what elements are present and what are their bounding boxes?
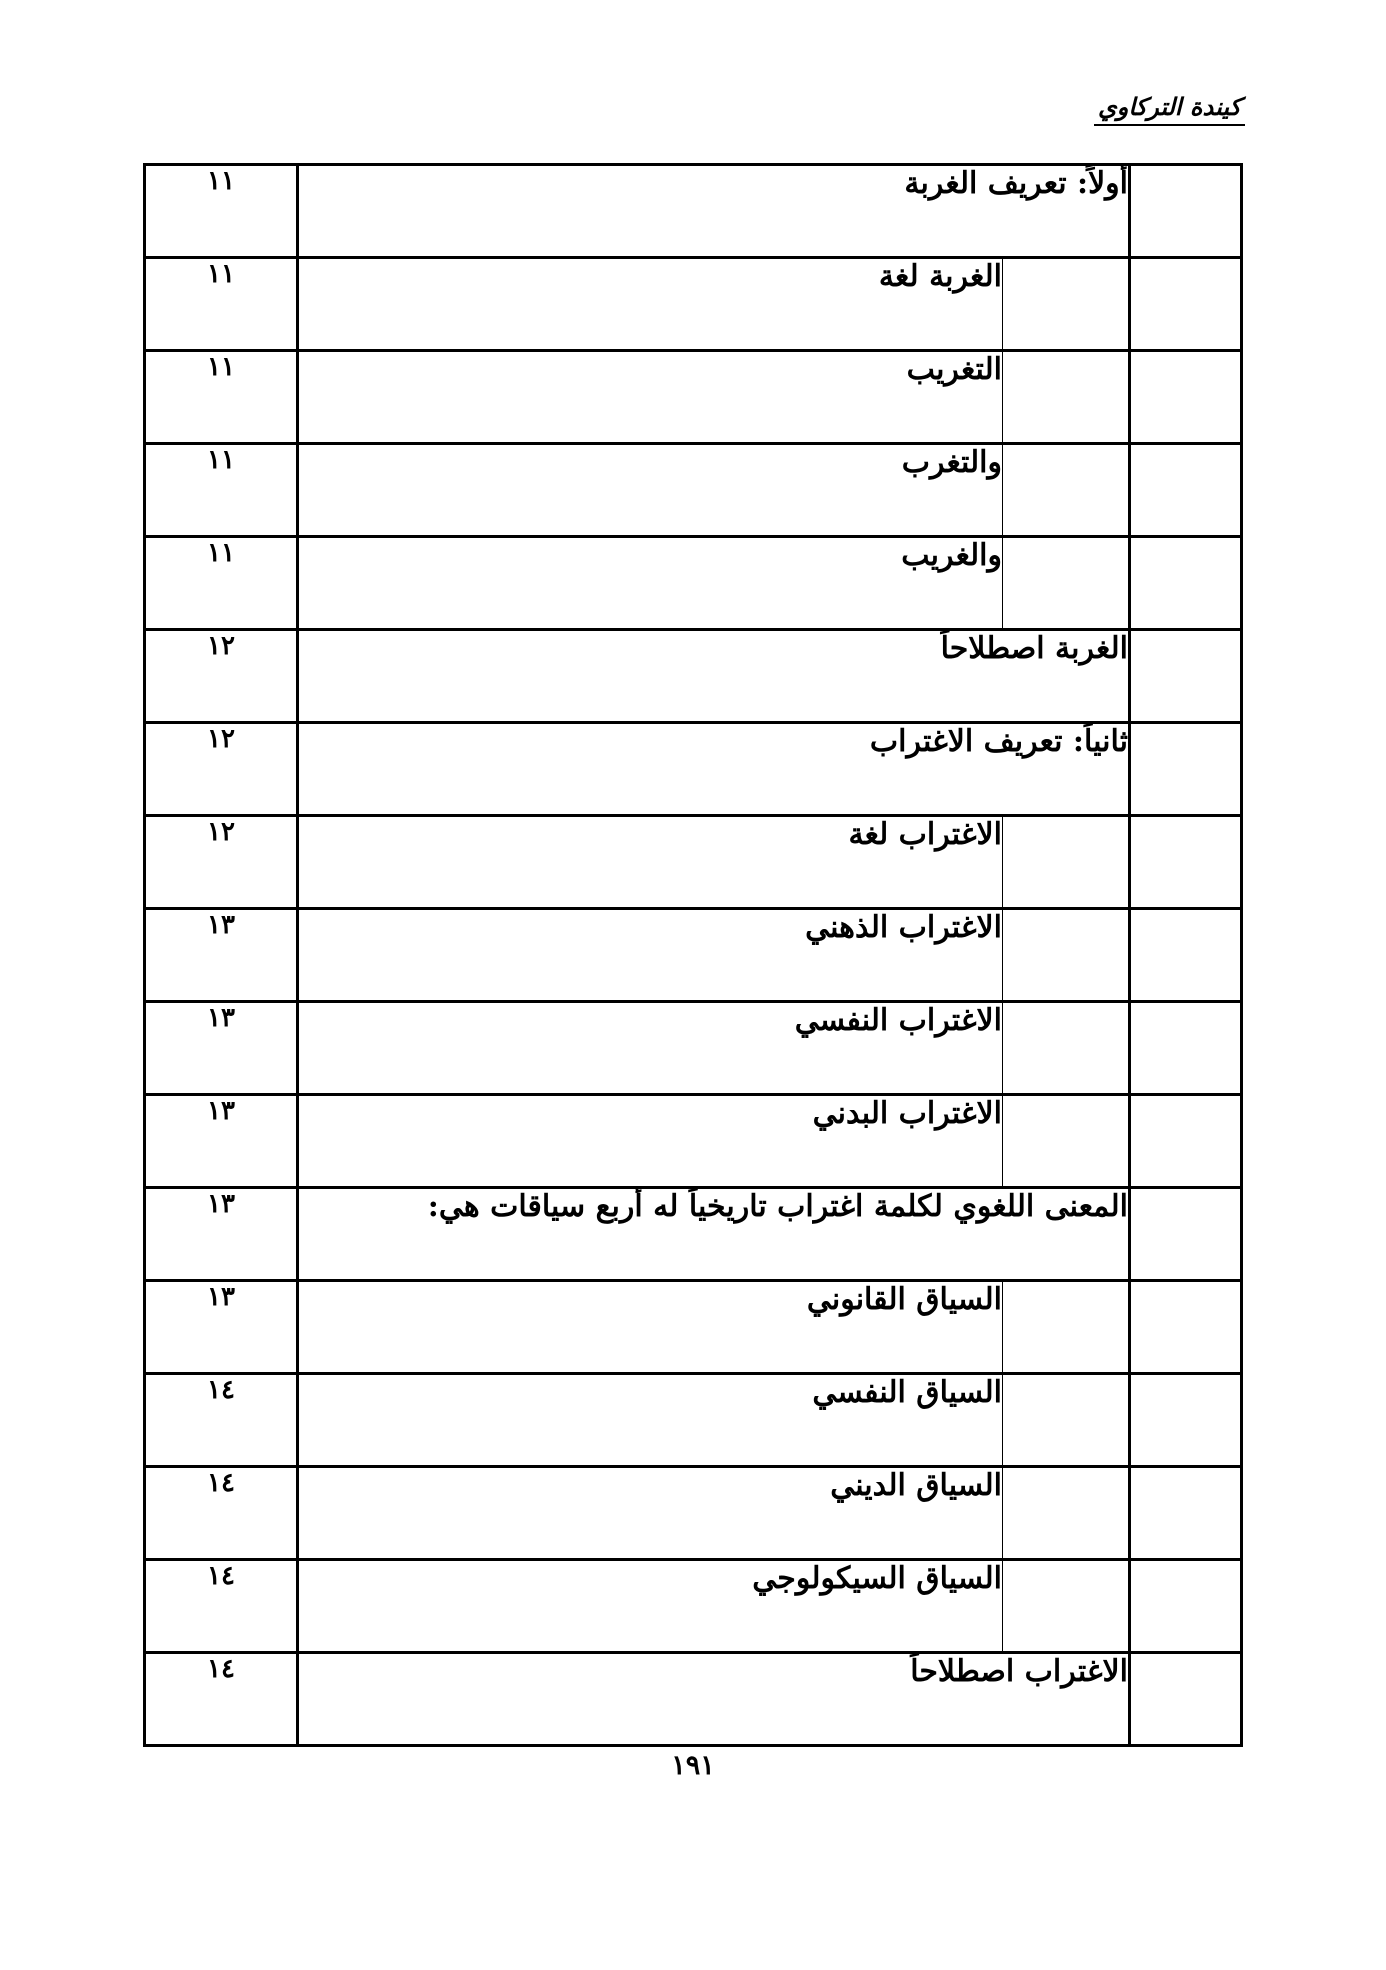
right-margin-cell — [1130, 165, 1242, 258]
header-signature: كيندة التركاوي — [1094, 92, 1245, 126]
entry-title: ثانياً: تعريف الاغتراب — [298, 723, 1130, 816]
toc-row: السياق الديني ١٤ — [145, 1467, 1242, 1560]
entry-title: الاغتراب النفسي — [298, 1002, 1003, 1095]
toc-row: الغربة اصطلاحاً ١٢ — [145, 630, 1242, 723]
entry-title: السياق النفسي — [298, 1374, 1003, 1467]
right-margin-cell — [1130, 630, 1242, 723]
toc-row: الاغتراب لغة ١٢ — [145, 816, 1242, 909]
entry-title: الغربة اصطلاحاً — [298, 630, 1130, 723]
indent-cell — [1003, 909, 1130, 1002]
entry-page-number: ١١ — [145, 537, 298, 630]
entry-title: الاغتراب اصطلاحاً — [298, 1653, 1130, 1746]
toc-row: والتغرب ١١ — [145, 444, 1242, 537]
entry-page-number: ١٣ — [145, 1188, 298, 1281]
entry-title: الاغتراب لغة — [298, 816, 1003, 909]
entry-page-number: ١١ — [145, 258, 298, 351]
entry-title: السياق القانوني — [298, 1281, 1003, 1374]
indent-cell — [1003, 1467, 1130, 1560]
footer-page-number: ١٩١ — [0, 1750, 1386, 1781]
indent-cell — [1003, 816, 1130, 909]
toc-row: الغربة لغة ١١ — [145, 258, 1242, 351]
toc-row: الاغتراب النفسي ١٣ — [145, 1002, 1242, 1095]
indent-cell — [1003, 1095, 1130, 1188]
right-margin-cell — [1130, 909, 1242, 1002]
right-margin-cell — [1130, 723, 1242, 816]
entry-title: والغريب — [298, 537, 1003, 630]
toc-table-body: أولاً: تعريف الغربة ١١ الغربة لغة ١١ الت… — [145, 165, 1242, 1746]
entry-page-number: ١٢ — [145, 723, 298, 816]
right-margin-cell — [1130, 351, 1242, 444]
entry-page-number: ١٤ — [145, 1560, 298, 1653]
right-margin-cell — [1130, 1560, 1242, 1653]
indent-cell — [1003, 1002, 1130, 1095]
entry-page-number: ١١ — [145, 444, 298, 537]
entry-title: الاغتراب الذهني — [298, 909, 1003, 1002]
entry-page-number: ١٣ — [145, 1002, 298, 1095]
right-margin-cell — [1130, 816, 1242, 909]
toc-row: السياق القانوني ١٣ — [145, 1281, 1242, 1374]
entry-page-number: ١٤ — [145, 1653, 298, 1746]
indent-cell — [1003, 444, 1130, 537]
indent-cell — [1003, 1281, 1130, 1374]
entry-title: السياق الديني — [298, 1467, 1003, 1560]
indent-cell — [1003, 258, 1130, 351]
right-margin-cell — [1130, 537, 1242, 630]
entry-title: المعنى اللغوي لكلمة اغتراب تاريخياً له أ… — [298, 1188, 1130, 1281]
toc-row: السياق النفسي ١٤ — [145, 1374, 1242, 1467]
entry-page-number: ١٢ — [145, 630, 298, 723]
indent-cell — [1003, 537, 1130, 630]
entry-title: الاغتراب البدني — [298, 1095, 1003, 1188]
indent-cell — [1003, 1560, 1130, 1653]
right-margin-cell — [1130, 1002, 1242, 1095]
toc-row: ثانياً: تعريف الاغتراب ١٢ — [145, 723, 1242, 816]
toc-row: أولاً: تعريف الغربة ١١ — [145, 165, 1242, 258]
entry-page-number: ١٤ — [145, 1467, 298, 1560]
toc-table: أولاً: تعريف الغربة ١١ الغربة لغة ١١ الت… — [143, 163, 1243, 1747]
right-margin-cell — [1130, 1095, 1242, 1188]
right-margin-cell — [1130, 1188, 1242, 1281]
toc-row: الاغتراب البدني ١٣ — [145, 1095, 1242, 1188]
entry-title: الغربة لغة — [298, 258, 1003, 351]
entry-page-number: ١٣ — [145, 909, 298, 1002]
toc-row: السياق السيكولوجي ١٤ — [145, 1560, 1242, 1653]
entry-page-number: ١٣ — [145, 1281, 298, 1374]
toc-row: المعنى اللغوي لكلمة اغتراب تاريخياً له أ… — [145, 1188, 1242, 1281]
right-margin-cell — [1130, 1281, 1242, 1374]
right-margin-cell — [1130, 444, 1242, 537]
toc-row: التغريب ١١ — [145, 351, 1242, 444]
entry-title: أولاً: تعريف الغربة — [298, 165, 1130, 258]
indent-cell — [1003, 1374, 1130, 1467]
right-margin-cell — [1130, 1467, 1242, 1560]
right-margin-cell — [1130, 1653, 1242, 1746]
entry-page-number: ١١ — [145, 351, 298, 444]
toc-row: والغريب ١١ — [145, 537, 1242, 630]
right-margin-cell — [1130, 1374, 1242, 1467]
indent-cell — [1003, 351, 1130, 444]
entry-page-number: ١٢ — [145, 816, 298, 909]
entry-page-number: ١١ — [145, 165, 298, 258]
entry-page-number: ١٤ — [145, 1374, 298, 1467]
toc-row: الاغتراب اصطلاحاً ١٤ — [145, 1653, 1242, 1746]
toc-row: الاغتراب الذهني ١٣ — [145, 909, 1242, 1002]
entry-title: والتغرب — [298, 444, 1003, 537]
entry-title: السياق السيكولوجي — [298, 1560, 1003, 1653]
right-margin-cell — [1130, 258, 1242, 351]
entry-title: التغريب — [298, 351, 1003, 444]
entry-page-number: ١٣ — [145, 1095, 298, 1188]
